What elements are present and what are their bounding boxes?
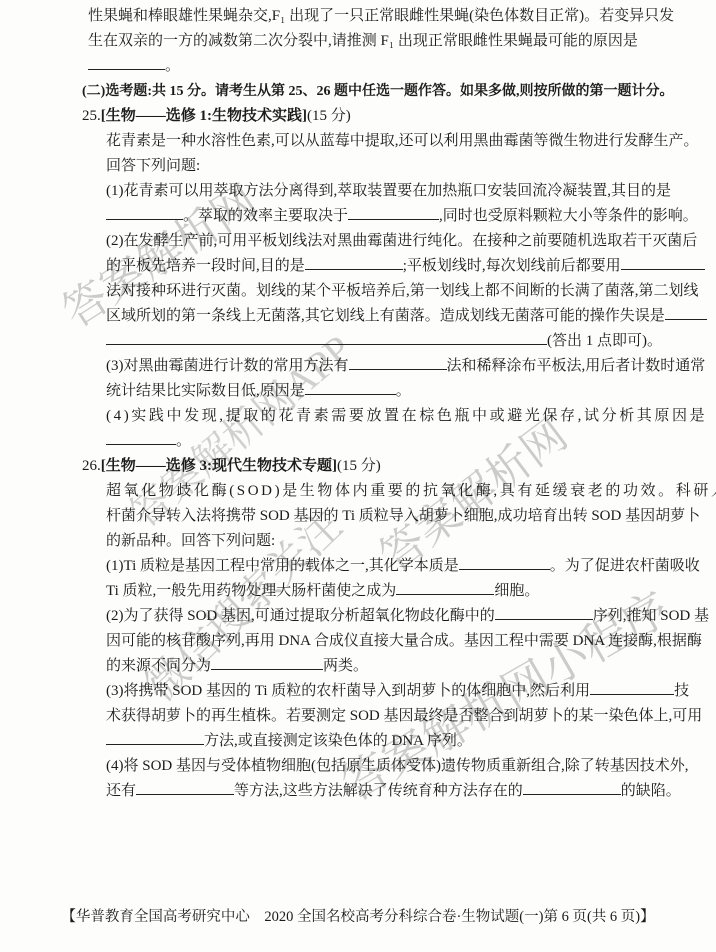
question-25-line: (3)对黑曲霉菌进行计数的常用方法有法和稀释涂布平板法,用后者计数时通常 — [106, 354, 716, 379]
question-26-line: 杆菌介导转入法将携带 SOD 基因的 Ti 质粒导入胡萝卜细胞,成功培育出转 S… — [106, 504, 716, 529]
answer-blank — [106, 206, 183, 220]
question-25-score: (15 分) — [307, 108, 351, 124]
question-25-line: 。萃取的效率主要取决于,同时也受原料颗粒大小等条件的影响。 — [106, 204, 716, 229]
question-26-line: 的来源不同分为两类。 — [106, 654, 716, 679]
answer-blank — [106, 731, 204, 745]
answer-blank — [136, 781, 234, 795]
question-26-title: [生物——选修 3:现代生物技术专题] — [101, 458, 337, 474]
answer-blank — [523, 781, 621, 795]
question-25-line: 法对接种环进行灭菌。划线的某个平板培养后,第一划线上都不间断的长满了菌落,第二划… — [106, 279, 716, 304]
question-26-line: 因可能的核苷酸序列,再用 DNA 合成仪直接大量合成。基因工程中需要 DNA 连… — [106, 629, 716, 654]
question-25-heading: 25.[生物——选修 1:生物技术实践](15 分) — [82, 104, 716, 129]
question-24-continuation-line: 生在双亲的一方的减数第二次分裂中,请推测 F₁ 出现正常眼雌性果蝇最可能的原因是 — [88, 29, 716, 54]
exam-page: 答案解析网 答案解析网APP 答案解析网 微信搜索关注 答案解析网小程序 性果蝇… — [0, 0, 716, 952]
question-26-line: 还有等方法,这些方法解决了传统育种方法存在的的缺陷。 — [106, 779, 716, 804]
question-25-title: [生物——选修 1:生物技术实践] — [101, 108, 307, 124]
question-25-line: 统计结果比实际数目低,原因是。 — [106, 379, 716, 404]
question-25-line: (2)在发酵生产前,可用平板划线法对黑曲霉菌进行纯化。在接种之前要随机选取若干灭… — [106, 229, 716, 254]
question-26-score: (15 分) — [337, 458, 381, 474]
question-25-line: (4)实践中发现,提取的花青素需要放置在棕色瓶中或避光保存,试分析其原因是 — [106, 404, 716, 429]
question-25-line: 花青素是一种水溶性色素,可以从蓝莓中提取,还可以利用黑曲霉菌等微生物进行发酵生产… — [106, 129, 716, 154]
question-26-line: 术获得胡萝卜的再生植株。若要测定 SOD 基因最终是否整合到胡萝卜的某一染色体上… — [106, 704, 716, 729]
answer-blank — [348, 206, 439, 220]
question-25-number: 25. — [82, 108, 101, 124]
question-26-heading: 26.[生物——选修 3:现代生物技术专题](15 分) — [82, 454, 716, 479]
question-26-line: (2)为了获得 SOD 基因,可通过提取分析超氧化物歧化酶中的序列,推知 SOD… — [106, 604, 716, 629]
answer-blank — [106, 431, 176, 445]
answer-blank — [495, 606, 593, 620]
answer-blank — [88, 56, 165, 70]
question-25-line: 的平板先培养一段时间,目的是;平板划线时,每次划线前后都要用 — [106, 254, 716, 279]
question-26-line: Ti 质粒,一般先用药物处理大肠杆菌使之成为细胞。 — [106, 579, 716, 604]
question-25-line: 。 — [106, 429, 716, 454]
question-26-line: (4)将 SOD 基因与受体植物细胞(包括原生质体受体)遗传物质重新组合,除了转… — [106, 754, 716, 779]
answer-blank — [459, 556, 550, 570]
answer-blank — [305, 256, 403, 270]
question-25-line: (1)花青素可以用萃取方法分离得到,萃取装置要在加热瓶口安装回流冷凝装置,其目的… — [106, 179, 716, 204]
page-content: 性果蝇和棒眼雄性果蝇杂交,F₁ 出现了一只正常眼雌性果蝇(染色体数目正常)。若变… — [0, 0, 716, 804]
answer-blank — [211, 656, 323, 670]
question-25-line: 回答下列问题: — [106, 154, 716, 179]
question-24-continuation-line: 性果蝇和棒眼雄性果蝇杂交,F₁ 出现了一只正常眼雌性果蝇(染色体数目正常)。若变… — [88, 4, 716, 29]
answer-blank — [305, 381, 396, 395]
question-25-line: (答出 1 点即可)。 — [106, 329, 716, 354]
question-26-line: (3)将携带 SOD 基因的 Ti 质粒的农杆菌导入到胡萝卜的体细胞中,然后利用… — [106, 679, 716, 704]
section-instructions: (二)选考题:共 15 分。请考生从第 25、26 题中任选一题作答。如果多做,… — [82, 79, 716, 104]
question-25-line: 区域所划的第一条线上无菌落,其它划线上有菌落。造成划线无菌落可能的操作失误是 — [106, 304, 716, 329]
question-26-line: 超氧化物歧化酶(SOD)是生物体内重要的抗氧化酶,具有延缓衰老的功效。科研人员采… — [106, 479, 716, 504]
question-24-answer-blank-line: 。 — [88, 54, 716, 79]
answer-blank — [396, 581, 494, 595]
question-26-line: 方法,或直接测定该染色体的 DNA 序列。 — [106, 729, 716, 754]
answer-blank — [590, 681, 674, 695]
answer-blank — [621, 256, 705, 270]
answer-blank — [106, 331, 547, 345]
question-26-line: 的新品种。回答下列问题: — [106, 529, 716, 554]
answer-blank — [665, 306, 707, 320]
question-26-number: 26. — [82, 458, 101, 474]
question-26-line: (1)Ti 质粒是基因工程中常用的载体之一,其化学本质是。为了促进农杆菌吸收 — [106, 554, 716, 579]
answer-blank — [349, 356, 447, 370]
page-footer: 【华普教育全国高考研究中心 2020 全国名校高考分科综合卷·生物试题(一)第 … — [0, 905, 716, 926]
